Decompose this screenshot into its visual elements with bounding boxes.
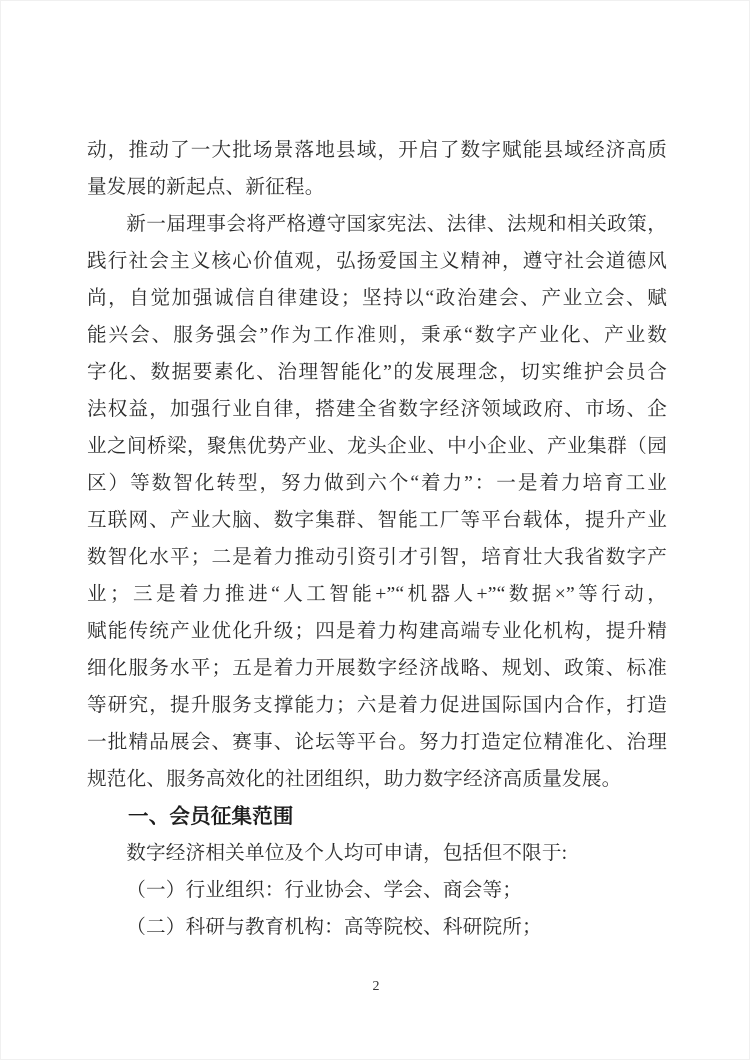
text-line: 数字经济相关单位及个人均可申请，包括但不限于: [87,835,667,872]
text-line: 数智化水平；二是着力推动引资引才引智，培育壮大我省数字产 [87,539,667,576]
text-line: 一批精品展会、赛事、论坛等平台。努力打造定位精准化、治理 [87,724,667,761]
text-line: 规范化、服务高效化的社团组织，助力数字经济高质量发展。 [87,761,667,798]
text-line: 量发展的新起点、新征程。 [87,169,667,206]
text-line: 细化服务水平；五是着力开展数字经济战略、规划、政策、标准 [87,650,667,687]
text-line: （二）科研与教育机构：高等院校、科研院所； [87,909,667,946]
page-number-label: 2 [373,979,380,994]
text-line: 法权益，加强行业自律，搭建全省数字经济领域政府、市场、企 [87,391,667,428]
text-line: 业之间桥梁，聚焦优势产业、龙头企业、中小企业、产业集群（园 [87,428,667,465]
text-line: 一、会员征集范围 [87,798,667,835]
page-footer: 2 [1,977,750,995]
text-line: 字化、数据要素化、治理智能化”的发展理念，切实维护会员合 [87,354,667,391]
text-block: 动，推动了一大批场景落地县域，开启了数字赋能县域经济高质量发展的新起点、新征程。… [87,132,667,946]
text-line: 互联网、产业大脑、数字集群、智能工厂等平台载体，提升产业 [87,502,667,539]
text-line: 践行社会主义核心价值观，弘扬爱国主义精神，遵守社会道德风 [87,243,667,280]
document-page: 动，推动了一大批场景落地县域，开启了数字赋能县域经济高质量发展的新起点、新征程。… [0,0,750,1060]
text-line: 尚，自觉加强诚信自律建设；坚持以“政治建会、产业立会、赋 [87,280,667,317]
text-line: 等研究，提升服务支撑能力；六是着力促进国际国内合作，打造 [87,687,667,724]
text-line: 区）等数智化转型，努力做到六个“着力”：一是着力培育工业 [87,465,667,502]
text-line: 动，推动了一大批场景落地县域，开启了数字赋能县域经济高质 [87,132,667,169]
text-line: 赋能传统产业优化升级；四是着力构建高端专业化机构，提升精 [87,613,667,650]
text-line: 新一届理事会将严格遵守国家宪法、法律、法规和相关政策， [87,206,667,243]
text-line: 业；三是着力推进“人工智能+”“机器人+”“数据×”等行动， [87,576,667,613]
text-line: （一）行业组织：行业协会、学会、商会等； [87,872,667,909]
text-line: 能兴会、服务强会”作为工作准则，秉承“数字产业化、产业数 [87,317,667,354]
